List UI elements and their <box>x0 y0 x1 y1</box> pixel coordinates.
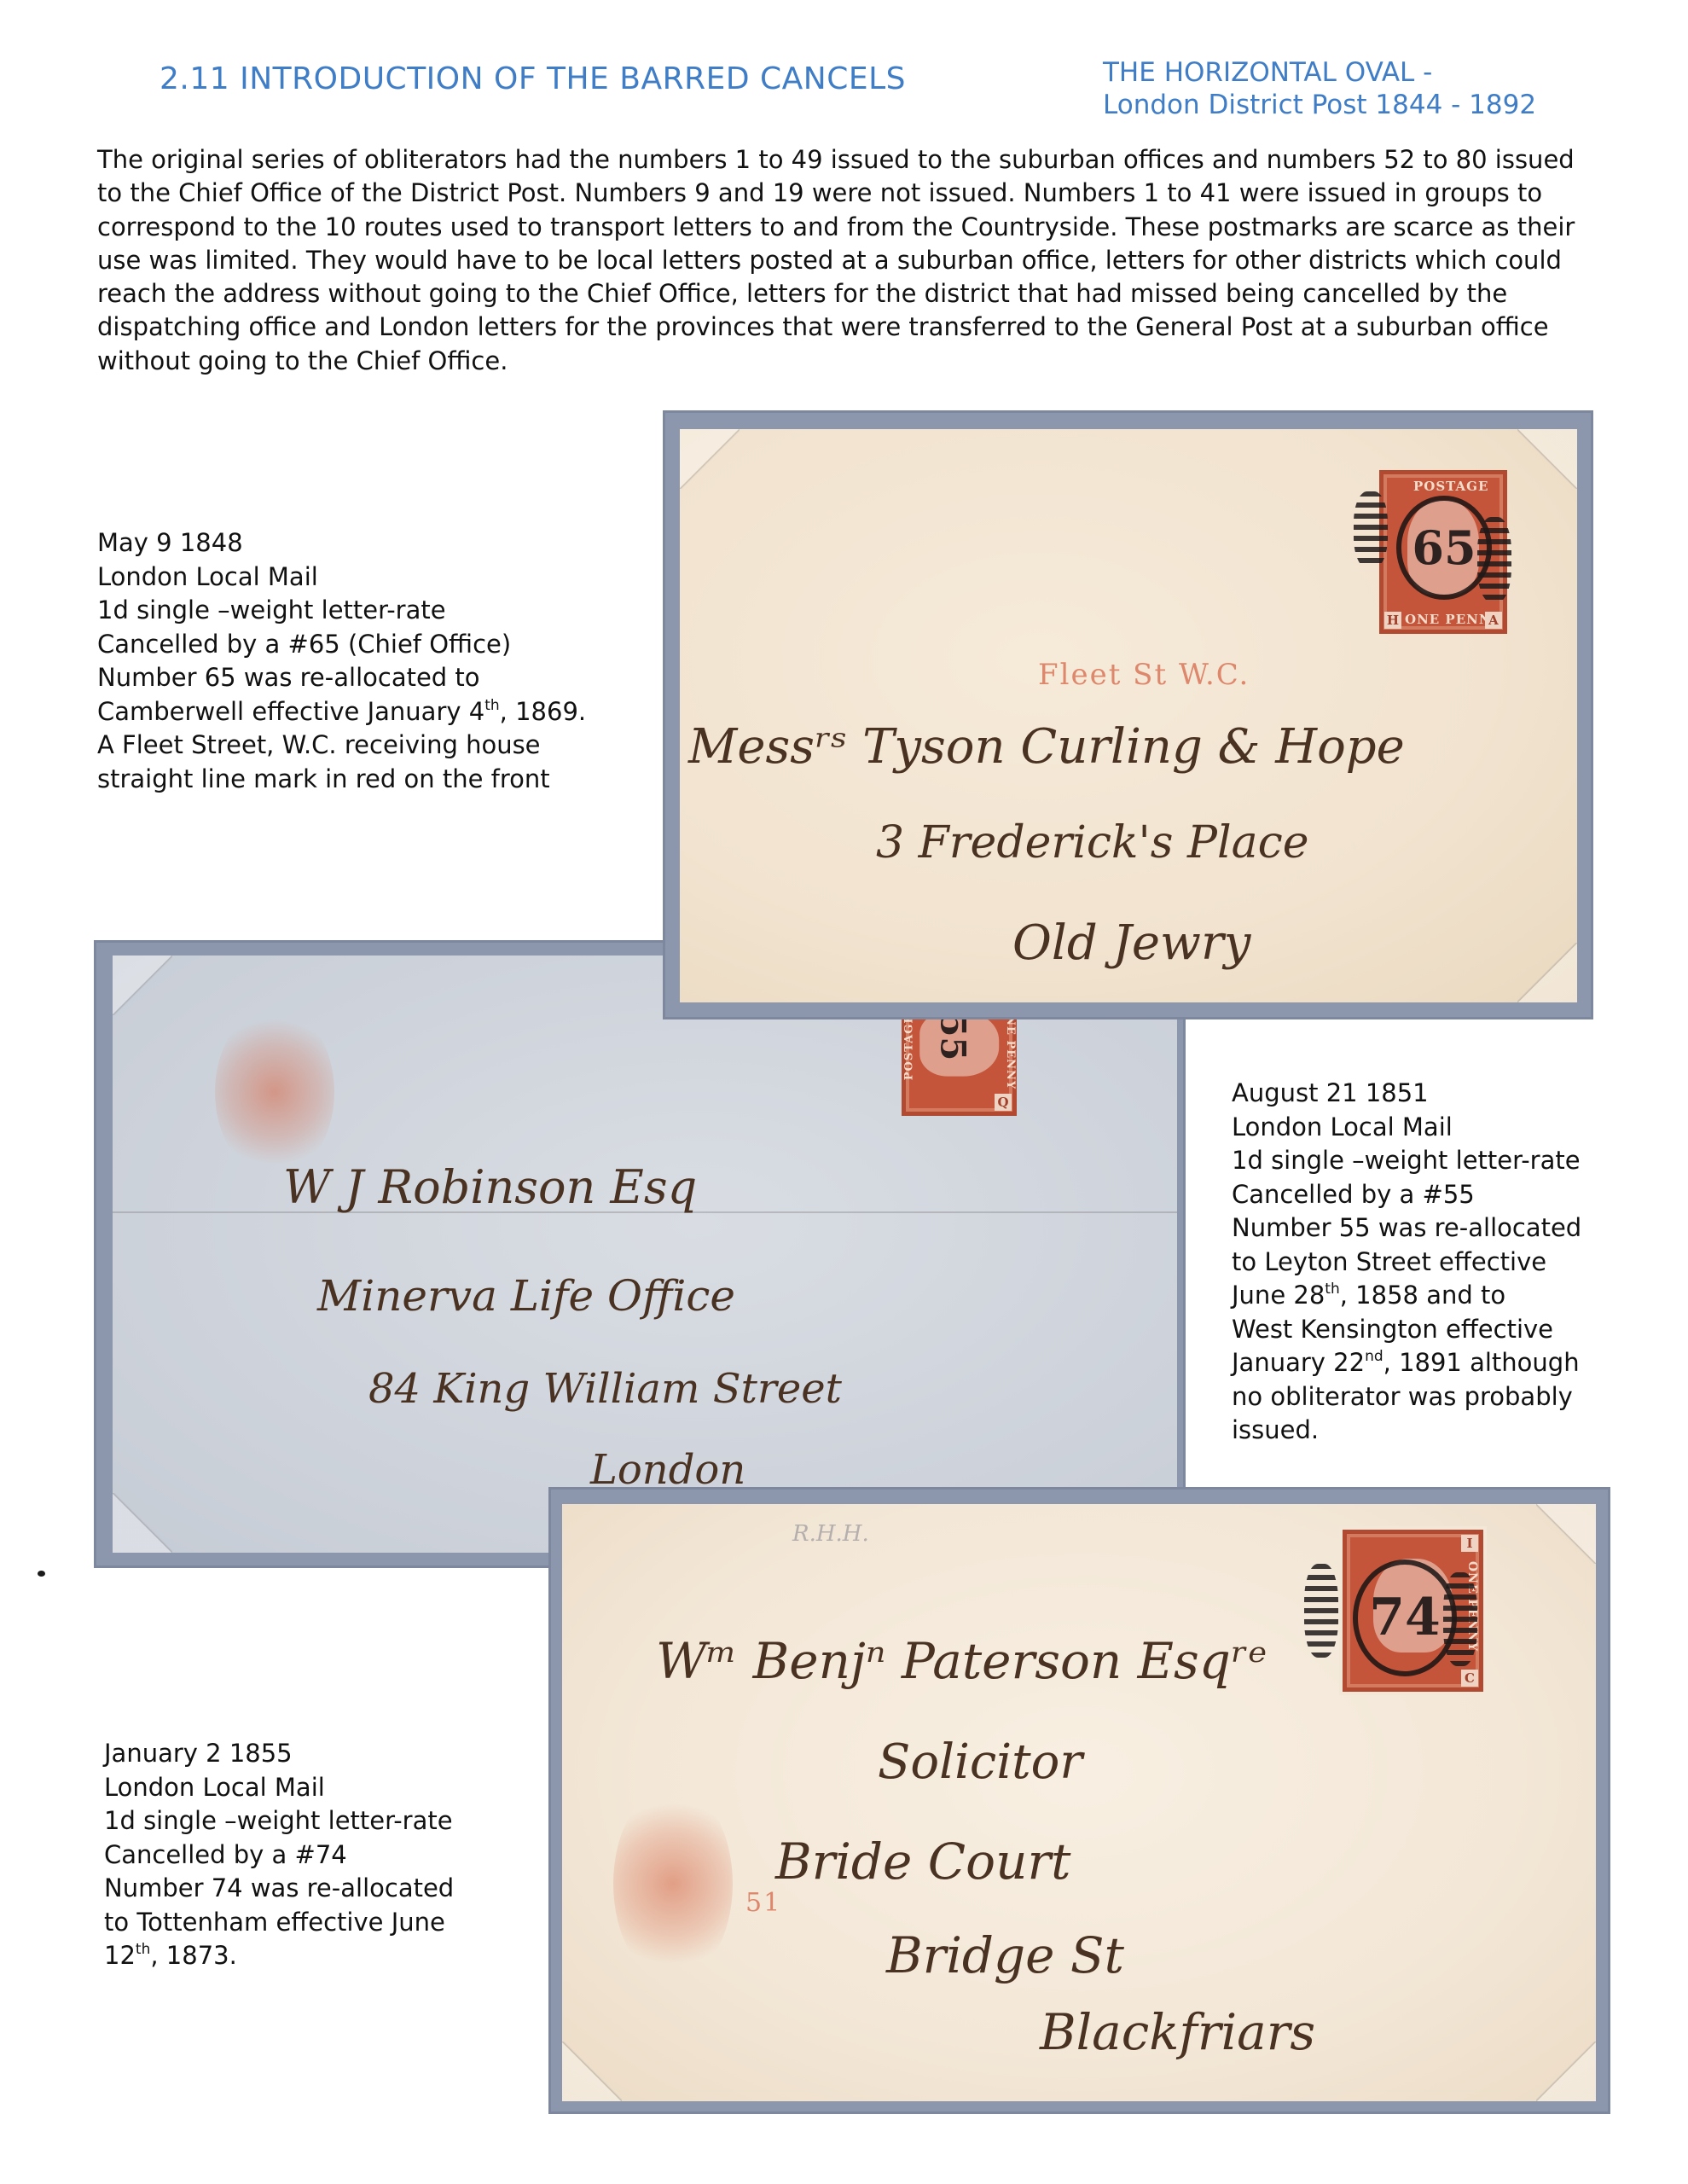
address-line: 3 Frederick's Place <box>876 817 1309 868</box>
intro-paragraph: The original series of obliterators had … <box>97 143 1598 378</box>
caption-note: no obliterator was probably <box>1232 1380 1581 1414</box>
cancel-bars <box>1354 491 1388 568</box>
address-line: Messʳˢ Tyson Curling & Hope <box>688 719 1405 775</box>
red-postmark-faint <box>613 1786 733 1982</box>
caption-realloc-date: 12th, 1873. <box>104 1939 454 1973</box>
address-line: Bride Court <box>775 1833 1070 1891</box>
caption-realloc: to Tottenham effective June <box>104 1906 454 1940</box>
cover-1-caption: May 9 1848 London Local Mail 1d single –… <box>97 526 586 796</box>
mount-corner <box>562 2042 622 2101</box>
caption-service: London Local Mail <box>104 1771 454 1805</box>
caption-realloc: Number 65 was re-allocated to <box>97 661 586 695</box>
address-line: Bridge St <box>886 1926 1124 1984</box>
caption-date: May 9 1848 <box>97 526 586 561</box>
address-line: Minerva Life Office <box>317 1271 735 1321</box>
mount-corner <box>113 1493 172 1553</box>
stamp-corner-letter: I <box>1461 1535 1478 1552</box>
cover-2-envelope: POSTAGE ONE PENNY F Q 55 W J Robinson Es… <box>113 955 1177 1553</box>
cover-1-envelope: POSTAGE ONE PENNY H A 65 Fleet St W.C. M… <box>680 429 1577 1002</box>
caption-note: A Fleet Street, W.C. receiving house <box>97 729 586 763</box>
caption-service: London Local Mail <box>1232 1111 1581 1145</box>
caption-cancel: Cancelled by a #65 (Chief Office) <box>97 628 586 662</box>
caption-rate: 1d single –weight letter-rate <box>1232 1144 1581 1178</box>
cover-1-mount: POSTAGE ONE PENNY H A 65 Fleet St W.C. M… <box>663 410 1593 1019</box>
page-subtitle: THE HORIZONTAL OVAL - London District Po… <box>1103 56 1536 121</box>
cover-3-caption: January 2 1855 London Local Mail 1d sing… <box>104 1737 454 1973</box>
caption-cancel: Cancelled by a #74 <box>104 1838 454 1873</box>
caption-date: January 2 1855 <box>104 1737 454 1771</box>
caption-realloc: West Kensington effective <box>1232 1313 1581 1347</box>
address-line: Blackfriars <box>1040 2003 1315 2061</box>
stamp-corner-letter: H <box>1384 612 1401 629</box>
caption-realloc: Number 74 was re-allocated <box>104 1872 454 1906</box>
caption-realloc: Number 55 was re-allocated <box>1232 1211 1581 1246</box>
cover-3-envelope: R.H.H. 51 ONE PENNY I C 74 Wᵐ Benjⁿ Pate… <box>562 1504 1596 2101</box>
penny-red-stamp: POSTAGE ONE PENNY H A 65 <box>1379 470 1507 634</box>
cancel-bars <box>1477 517 1511 602</box>
stamp-corner-letter: C <box>1461 1670 1478 1687</box>
subtitle-line-1: THE HORIZONTAL OVAL - <box>1103 56 1536 89</box>
barred-cancel-74: 74 <box>1353 1560 1457 1676</box>
cancel-bars <box>1304 1564 1338 1658</box>
fleet-street-receiving-mark: Fleet St W.C. <box>1038 658 1250 692</box>
cover-2-mount: POSTAGE ONE PENNY F Q 55 W J Robinson Es… <box>94 940 1186 1568</box>
stamp-top-text: POSTAGE <box>1413 479 1488 494</box>
caption-note: issued. <box>1232 1414 1581 1448</box>
caption-service: London Local Mail <box>97 561 586 595</box>
caption-rate: 1d single –weight letter-rate <box>104 1804 454 1838</box>
stamp-corner-letter: Q <box>995 1094 1012 1111</box>
caption-rate: 1d single –weight letter-rate <box>97 594 586 628</box>
cancel-bars <box>1443 1572 1477 1666</box>
pencil-notation: R.H.H. <box>792 1521 869 1547</box>
penny-red-stamp: ONE PENNY I C 74 <box>1343 1530 1483 1692</box>
mount-corner <box>680 429 740 489</box>
stamp-corner-letter: A <box>1485 612 1502 629</box>
mount-corner <box>113 955 172 1015</box>
caption-realloc-date: January 22nd, 1891 although <box>1232 1346 1581 1380</box>
caption-realloc-date: June 28th, 1858 and to <box>1232 1279 1581 1313</box>
caption-realloc-date: Camberwell effective January 4th, 1869. <box>97 695 586 729</box>
mount-corner <box>1536 2042 1596 2101</box>
address-line: 84 King William Street <box>368 1365 842 1413</box>
cover-3-mount: R.H.H. 51 ONE PENNY I C 74 Wᵐ Benjⁿ Pate… <box>548 1487 1610 2114</box>
cover-2-caption: August 21 1851 London Local Mail 1d sing… <box>1232 1077 1581 1448</box>
subtitle-line-2: London District Post 1844 - 1892 <box>1103 89 1536 121</box>
mount-corner <box>1517 429 1577 489</box>
red-postmark-faint <box>215 1007 334 1177</box>
address-line: Solicitor <box>878 1734 1082 1790</box>
address-line: Old Jewry <box>1012 915 1250 971</box>
address-line: W J Robinson Esq <box>283 1160 697 1214</box>
caption-realloc: to Leyton Street effective <box>1232 1246 1581 1280</box>
caption-note: straight line mark in red on the front <box>97 763 586 797</box>
mount-corner <box>1517 943 1577 1002</box>
mount-corner <box>1536 1504 1596 1564</box>
red-numeral-mark: 51 <box>745 1888 781 1918</box>
address-line: Wᵐ Benjⁿ Paterson Esqʳᵉ <box>656 1632 1267 1690</box>
page-title: 2.11 INTRODUCTION OF THE BARRED CANCELS <box>160 61 906 96</box>
ink-speck <box>38 1571 45 1577</box>
caption-date: August 21 1851 <box>1232 1077 1581 1111</box>
caption-cancel: Cancelled by a #55 <box>1232 1178 1581 1212</box>
